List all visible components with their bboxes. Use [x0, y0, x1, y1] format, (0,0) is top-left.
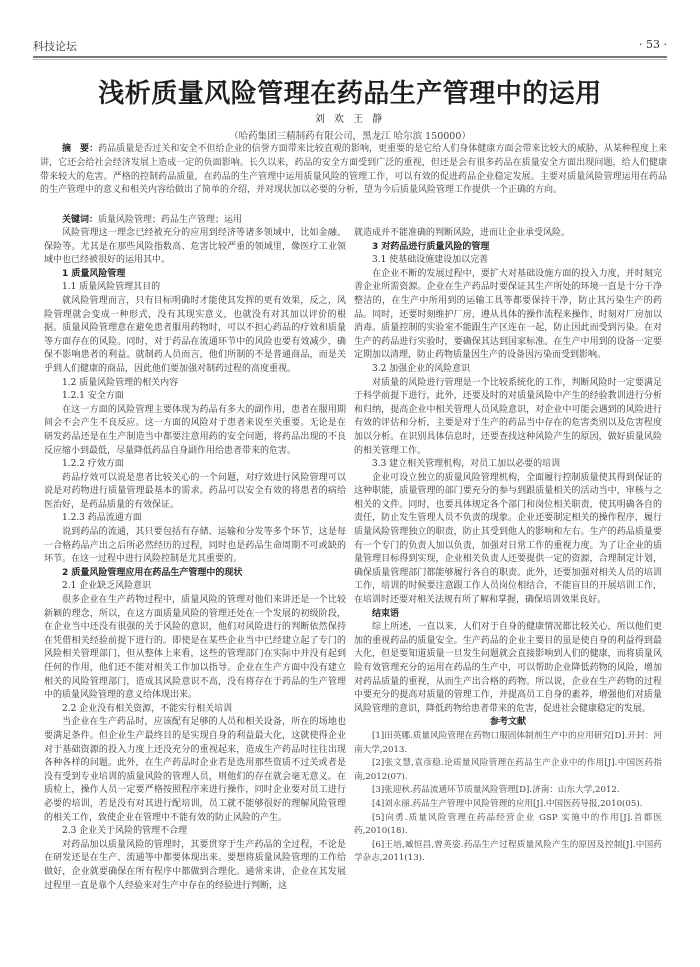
subsection-heading: 3.3 建立相关管理机构，对员工加以必要的培训 — [354, 458, 662, 472]
keywords-text: 质量风险管理；药品生产管理；运用 — [98, 215, 242, 225]
paragraph: 在这一方面的风险管理主要体现为药品有多大的副作用，患者在服用期间会不会产生不良反… — [44, 404, 346, 458]
section-heading: 1 质量风险管理 — [44, 268, 346, 282]
page-number: · 53 · — [639, 38, 667, 51]
section-heading: 3 对药品进行质量风险的管理 — [354, 241, 662, 255]
reference-item: [1]田英娜.质量风险管理在药物口服固体制剂生产中的应用研究[D].开封：河南大… — [354, 730, 662, 757]
keywords: 关键词：质量风险管理；药品生产管理；运用 — [62, 212, 242, 225]
reference-item: [4]刘永丽.药品生产管理中风险管理的应用[J].中国医药导报,2010(05)… — [354, 798, 662, 812]
paragraph: 当企业在生产药品时，应该配有足够的人员和相关设备，所在的场地也要满足条件。但企业… — [44, 716, 346, 825]
reference-item: [2]张文慧,袁彦稳.论质量风险管理在药品生产企业中的作用[J].中国医药指南,… — [354, 757, 662, 784]
subsection-heading: 1.2.3 药品流通方面 — [44, 512, 346, 526]
paragraph: 对质量的风险进行管理是一个比较系统化的工作，判断风险时一定要满足于科学前提下进行… — [354, 377, 662, 459]
paragraph: 很多企业在生产药物过程中，质量风险的管理对他们来讲还是一个比较新颖的理念，所以，… — [44, 594, 346, 703]
journal-name: 科技论坛 — [33, 38, 77, 54]
right-column: 就造成并不能准确的判断风险，进而让企业承受风险。 3 对药品进行质量风险的管理 … — [354, 227, 662, 866]
reference-item: [5]向勇.质量风险管理在药品经营企业 GSP 实施中的作用[J].首都医药,2… — [354, 812, 662, 839]
reference-item: [6]王培,臧恒昌,曾英姿.药品生产过程质量风险产生的原因及控制[J].中国药学… — [354, 839, 662, 866]
paragraph: 就风险管理而言，只有目标明确时才能使其发挥的更有效果，反之，风险管理就会变成一种… — [44, 295, 346, 377]
affiliation: （哈药集团三精制药有限公司，黑龙江 哈尔滨 150000） — [0, 128, 700, 142]
abstract-label: 摘 要： — [62, 144, 98, 154]
abstract: 摘 要：药品质量是否过关和安全不但给企业的信誉方面带来比较直观的影响，更重要的是… — [40, 143, 667, 198]
subsection-heading: 2.2 企业没有相关资源，不能实行相关培训 — [44, 703, 346, 717]
authors: 刘 欢 王 静 — [0, 110, 700, 125]
header-rule-thin — [33, 59, 667, 60]
paragraph: 企业可设立独立的质量风险管理机构，全面履行控制质量使其得到保证的这种职能，质量管… — [354, 472, 662, 608]
subsection-heading: 2.3 企业关于风险的管理不合理 — [44, 825, 346, 839]
keywords-label: 关键词： — [62, 215, 98, 225]
paragraph: 在企业不断的发展过程中，要扩大对基础设施方面的投入力度，并时刻完善企业所需资源。… — [354, 268, 662, 363]
conclusion-heading: 结束语 — [354, 608, 662, 622]
paragraph: 对药品加以质量风险的管理时，其要贯穿于生产药品的全过程，不论是在研发还是在生产、… — [44, 839, 346, 893]
left-column: 风险管理这一理念已经被充分的应用到经济等诸多领域中，比如金融、保险等。尤其是在那… — [44, 227, 346, 893]
subsection-heading: 3.1 使基础设施建设加以完善 — [354, 254, 662, 268]
subsection-heading: 1.1 质量风险管理其目的 — [44, 281, 346, 295]
section-heading: 2 质量风险管理应用在药品生产管理中的现状 — [44, 567, 346, 581]
running-header: 科技论坛 · 53 · — [33, 38, 667, 56]
subsection-heading: 1.2.2 疗效方面 — [44, 458, 346, 472]
article-title: 浅析质量风险管理在药品生产管理中的运用 — [0, 73, 700, 110]
subsection-heading: 1.2 质量风险管理的相关内容 — [44, 377, 346, 391]
references-heading: 参考文献 — [354, 716, 662, 730]
reference-item: [3]张迎秋.药品流通环节质量风险管理[D].济南：山东大学,2012. — [354, 784, 662, 798]
paragraph: 药品疗效可以说是患者比较关心的一个问题，对疗效进行风险管理可以说是对药物进行质量… — [44, 472, 346, 513]
subsection-heading: 3.2 加强企业的风险意识 — [354, 363, 662, 377]
subsection-heading: 2.1 企业缺乏风险意识 — [44, 580, 346, 594]
abstract-text: 药品质量是否过关和安全不但给企业的信誉方面带来比较直观的影响，更重要的是它给人们… — [40, 144, 667, 195]
header-rule — [33, 56, 667, 58]
continued-paragraph: 就造成并不能准确的判断风险，进而让企业承受风险。 — [354, 227, 662, 241]
conclusion-paragraph: 综上所述，一直以来，人们对于自身的健康情况都比较关心，所以他们更加的重视药品的质… — [354, 621, 662, 716]
subsection-heading: 1.2.1 安全方面 — [44, 390, 346, 404]
paragraph: 说到药品的流通，其只要包括有存储、运输和分发等多个环节，这是每一合格药品产出之后… — [44, 526, 346, 567]
intro-paragraph: 风险管理这一理念已经被充分的应用到经济等诸多领域中，比如金融、保险等。尤其是在那… — [44, 227, 346, 268]
